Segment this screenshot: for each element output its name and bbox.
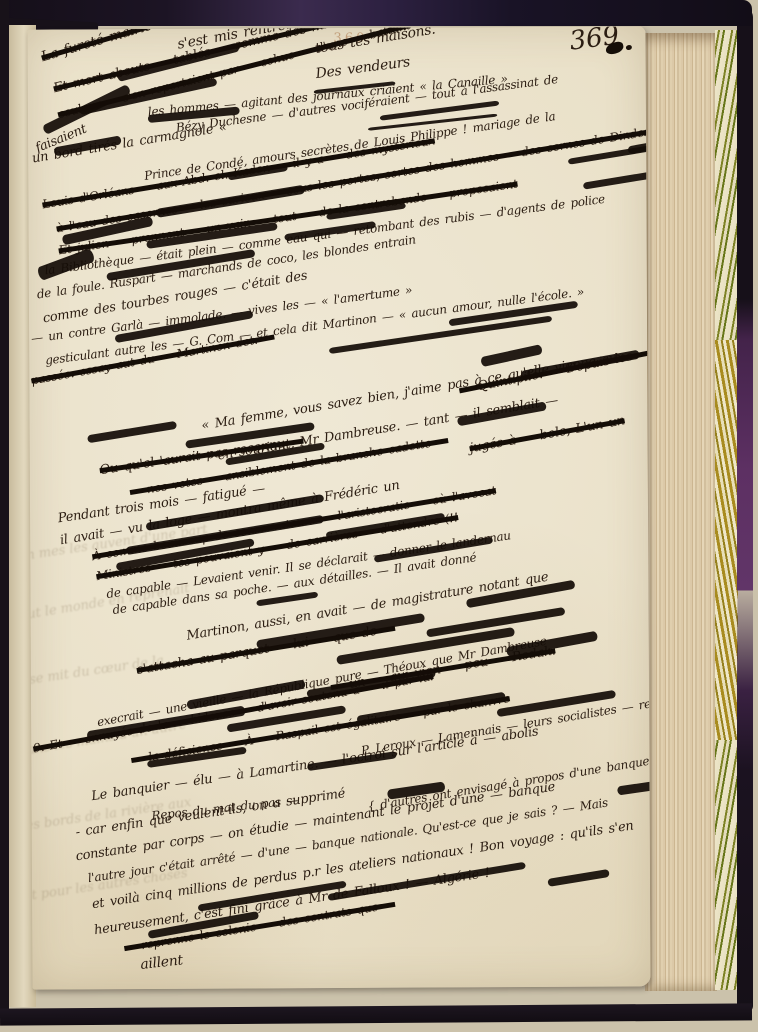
strike-mark: [466, 580, 576, 609]
strike-mark: [62, 216, 154, 245]
strike-mark: [307, 751, 397, 771]
strike-mark: [186, 679, 306, 709]
manuscript-page: 360 369 un mes les auvent d'une parttout…: [27, 26, 650, 989]
strike-mark: [326, 203, 406, 220]
strike-mark: [114, 310, 253, 343]
strike-mark: [185, 422, 315, 449]
strike-mark: [374, 536, 494, 562]
book-cover-top-edge: [0, 0, 752, 26]
page-block-fore-edge: [645, 33, 717, 991]
strike-mark: [148, 107, 240, 123]
strike-mark: [228, 165, 288, 181]
strike-mark: [146, 222, 278, 249]
marbled-endpaper-edge: [715, 30, 738, 990]
strike-mark: [198, 881, 347, 912]
strike-mark: [457, 401, 547, 426]
strike-mark: [314, 81, 396, 94]
strike-mark: [225, 442, 325, 465]
strike-mark: [147, 747, 247, 768]
strike-mark: [506, 631, 598, 657]
strike-mark: [87, 421, 177, 443]
strike-mark: [306, 669, 436, 698]
strike-mark: [36, 248, 95, 281]
manuscript-photo: 360 369 un mes les auvent d'une parttout…: [0, 0, 758, 1032]
strike-mark: [284, 221, 376, 241]
strike-mark: [568, 143, 651, 164]
strike-mark: [583, 170, 651, 190]
strike-mark: [106, 249, 255, 281]
strike-mark: [256, 613, 425, 649]
strike-mark: [156, 185, 305, 218]
strike-mark: [547, 869, 609, 887]
strike-mark: [86, 706, 246, 742]
book-cover-left-edge: [0, 0, 9, 1014]
strike-mark: [53, 135, 122, 156]
strike-mark: [326, 513, 446, 539]
strike-mark: [327, 862, 526, 901]
strike-mark: [356, 692, 505, 724]
strike-mark: [496, 690, 616, 717]
strike-mark: [148, 911, 260, 939]
book-cover-bottom-edge: [0, 1003, 752, 1025]
strike-mark: [256, 592, 318, 607]
strike-mark: [480, 344, 543, 367]
strike-mark: [117, 42, 240, 82]
book-cover-right-edge: [737, 8, 753, 1012]
strike-mark: [617, 780, 651, 796]
strike-layer: [27, 26, 650, 989]
strike-mark: [387, 781, 446, 799]
